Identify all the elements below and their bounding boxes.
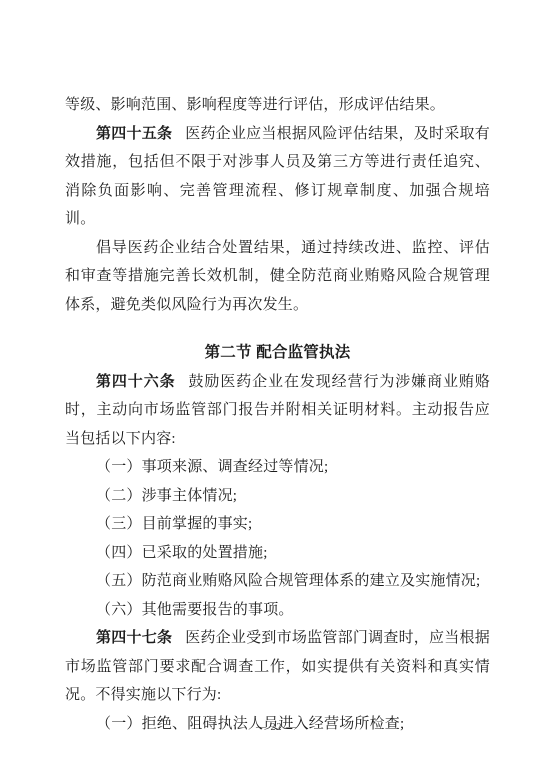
article-45-number: 第四十五条: [96, 125, 172, 142]
list-item-46-1: （一）事项来源、调查经过等情况;: [65, 453, 490, 482]
list-item-46-6: （六）其他需要报告的事项。: [65, 596, 490, 625]
list-item-46-2: （二）涉事主体情况;: [65, 482, 490, 511]
footer-page-number: — 22 —: [0, 722, 553, 733]
paragraph-article-46: 第四十六条鼓励医药企业在发现经营行为涉嫌商业贿赂时，主动向市场监管部门报告并附相…: [65, 368, 490, 454]
list-item-46-4: （四）已采取的处置措施;: [65, 539, 490, 568]
paragraph-article-47: 第四十七条医药企业受到市场监管部门调查时，应当根据市场监管部门要求配合调查工作，…: [65, 624, 490, 710]
paragraph-advocacy: 倡导医药企业结合处置结果，通过持续改进、监控、评估和审查等措施完善长效机制，健全…: [65, 234, 490, 320]
document-page: 等级、影响范围、影响程度等进行评估，形成评估结果。 第四十五条医药企业应当根据风…: [0, 0, 553, 782]
section-heading: 第二节 配合监管执法: [65, 339, 490, 368]
list-item-46-3: （三）目前掌握的事实;: [65, 510, 490, 539]
paragraph-article-45: 第四十五条医药企业应当根据风险评估结果，及时采取有效措施，包括但不限于对涉事人员…: [65, 120, 490, 234]
paragraph-continuation: 等级、影响范围、影响程度等进行评估，形成评估结果。: [65, 91, 490, 120]
list-item-46-5: （五）防范商业贿赂风险合规管理体系的建立及实施情况;: [65, 567, 490, 596]
document-body: 等级、影响范围、影响程度等进行评估，形成评估结果。 第四十五条医药企业应当根据风…: [65, 91, 490, 738]
article-47-number: 第四十七条: [96, 629, 172, 646]
article-46-number: 第四十六条: [96, 373, 176, 390]
